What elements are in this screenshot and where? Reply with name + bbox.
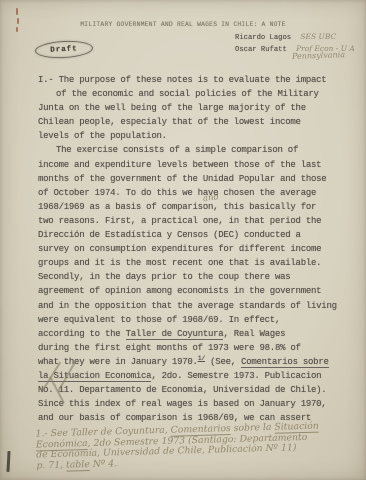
body-line: la Situacion Economica, 2do. Semestre 19… bbox=[38, 369, 356, 383]
body-line: levels of the population. bbox=[38, 129, 356, 143]
handwritten-insertion: and bbox=[203, 192, 220, 204]
body-line: of the economic and social policies of t… bbox=[38, 87, 356, 101]
text-segment: (See, bbox=[205, 357, 241, 367]
body-line: Secondly, in the days prior to the coup … bbox=[38, 270, 356, 284]
document-page: MILITARY GOVERNMENT AND REAL WAGES IN CH… bbox=[0, 0, 366, 480]
body-line: according to the Taller de Coyuntura, Re… bbox=[38, 327, 356, 341]
author-name: Ricardo Lagos bbox=[235, 34, 291, 42]
red-edge-mark bbox=[16, 8, 18, 15]
body-line: what they were in January 1970.1/ (See, … bbox=[38, 355, 356, 369]
text-segment: Junta on the well being of the large maj… bbox=[38, 103, 306, 113]
body-line: groups and it is the most recent one tha… bbox=[38, 256, 356, 270]
author-line: Ricardo Lagos SES UBC bbox=[235, 32, 355, 44]
body-text: I.- The purpose of these notes is to eva… bbox=[38, 73, 356, 425]
text-segment: months of the government of the Unidad P… bbox=[38, 174, 326, 184]
text-segment: two reasons. First, a practical one, in … bbox=[38, 216, 321, 226]
body-line: survey on consumption expenditures for d… bbox=[38, 242, 356, 256]
text-segment: survey on consumption expenditures for d… bbox=[38, 244, 321, 254]
text-segment: Nº 4. bbox=[90, 458, 118, 470]
author-name: Oscar Rufatt bbox=[235, 46, 287, 54]
text-segment: I.- The purpose of these notes is to eva… bbox=[38, 75, 326, 85]
author-annotation: Pennsylvania bbox=[292, 50, 345, 61]
body-line: during the first eight months of 1973 we… bbox=[38, 341, 356, 355]
text-segment: of the economic and social policies of t… bbox=[56, 89, 319, 99]
document-title: MILITARY GOVERNMENT AND REAL WAGES IN CH… bbox=[0, 21, 366, 28]
body-line: Chilean people, especialy that of the lo… bbox=[38, 115, 356, 129]
text-segment: 1968/1969 as a basis of comparison, this… bbox=[38, 202, 316, 212]
body-line: agreement of opinion among economists in… bbox=[38, 284, 356, 298]
body-line: 1968/1969 as a basis of comparison, this… bbox=[38, 200, 356, 214]
text-segment: Chilean people, especialy that of the lo… bbox=[38, 117, 301, 127]
text-segment: table bbox=[66, 459, 90, 472]
text-segment: levels of the population. bbox=[38, 131, 167, 141]
author-annotation: SES UBC bbox=[300, 32, 336, 41]
text-segment: during the first eight months of 1973 we… bbox=[38, 343, 301, 353]
body-line: two reasons. First, a practical one, in … bbox=[38, 214, 356, 228]
body-line: were equivalent to those of 1968/69. In … bbox=[38, 313, 356, 327]
text-segment: agreement of opinion among economists in… bbox=[38, 286, 321, 296]
body-line: Junta on the well being of the large maj… bbox=[38, 101, 356, 115]
text-segment: income and expenditure levels between th… bbox=[38, 160, 321, 170]
text-segment: 1/ bbox=[198, 355, 205, 362]
text-segment: Comentarios sobre bbox=[241, 357, 329, 368]
text-segment: Taller de Coyuntura bbox=[126, 329, 224, 340]
text-segment: Since this index of real wages is based … bbox=[38, 399, 326, 409]
handwritten-footnote: 1.- See Taller de Coyuntura, Comentarios… bbox=[35, 421, 356, 472]
text-segment: Dirección de Estadística y Censos (DEC) … bbox=[38, 230, 301, 240]
text-segment: were equivalent to those of 1968/69. In … bbox=[38, 315, 280, 325]
corner-crease-mark bbox=[6, 451, 10, 472]
draft-stamp: Draft bbox=[35, 39, 94, 59]
text-segment: , Real Wages bbox=[223, 329, 285, 339]
text-segment: of October 1974. To do this we have chos… bbox=[38, 188, 316, 198]
text-segment: Secondly, in the days prior to the coup … bbox=[38, 272, 290, 282]
text-segment: groups and it is the most recent one tha… bbox=[38, 258, 321, 268]
body-line: income and expenditure levels between th… bbox=[38, 158, 356, 172]
text-segment: , 2do. Semestre 1973. Publicacion bbox=[151, 371, 321, 381]
body-line: I.- The purpose of these notes is to eva… bbox=[38, 73, 356, 87]
body-line: and in the opposition that the average s… bbox=[38, 299, 356, 313]
body-line: The exercise consists of a simple compar… bbox=[38, 143, 356, 157]
text-segment: and in the opposition that the average s… bbox=[38, 301, 337, 311]
text-segment: la Situacion Economica bbox=[38, 371, 151, 382]
body-line: No. 11. Departamento de Economia, Univer… bbox=[38, 383, 356, 397]
text-segment: No. 11. Departamento de Economia, Univer… bbox=[38, 385, 326, 395]
body-line: Since this index of real wages is based … bbox=[38, 397, 356, 411]
text-segment: p. 71, bbox=[36, 459, 66, 471]
body-line: of October 1974. To do this we have chos… bbox=[38, 186, 356, 200]
text-segment: The exercise consists of a simple compar… bbox=[56, 145, 298, 155]
text-segment: according to the bbox=[38, 329, 126, 339]
body-line: Dirección de Estadística y Censos (DEC) … bbox=[38, 228, 356, 242]
draft-stamp-label: Draft bbox=[50, 45, 78, 54]
text-segment: what they were in January 1970. bbox=[38, 357, 198, 367]
body-line: months of the government of the Unidad P… bbox=[38, 172, 356, 186]
